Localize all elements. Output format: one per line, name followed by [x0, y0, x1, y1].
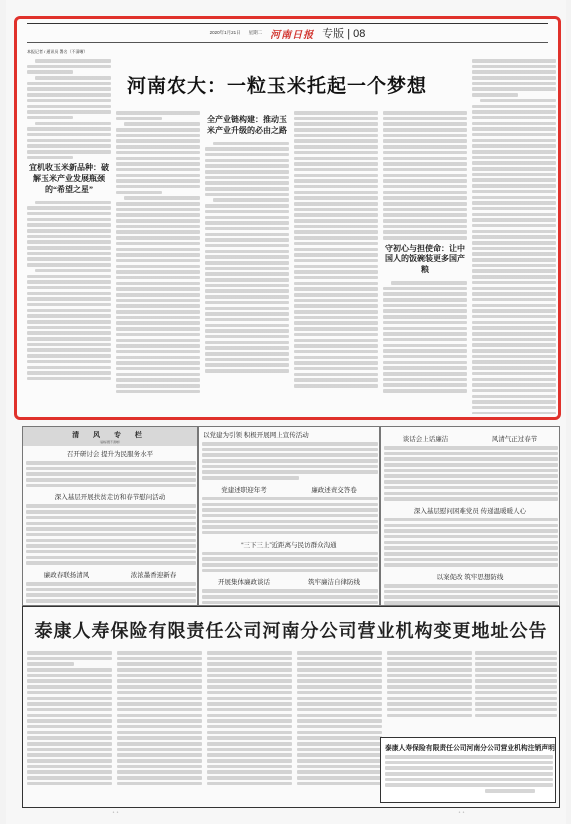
notice-column-4 — [297, 651, 382, 801]
column-panel-left[interactable]: 清 风 专 栏 （副标题不清晰） 召开研讨会 提升为民服务水平 深入基层开展扶贫… — [22, 426, 198, 606]
section-title: 风清气正过春节 — [492, 434, 538, 443]
notice-column-6 — [475, 651, 557, 731]
section-title: 廉政述责交答卷 — [311, 485, 357, 494]
section-body — [384, 518, 558, 569]
section-body — [384, 446, 558, 503]
section-body — [26, 461, 196, 489]
subhead-3: 守初心与担使命：让中国人的饭碗装更多国产粮 — [383, 244, 467, 276]
column-header: 清 风 专 栏 （副标题不清晰） — [23, 427, 197, 446]
byline: 本报记者 / 通讯员 署名（不清晰） — [27, 49, 87, 55]
section-title: 浓浓墨香迎新春 — [131, 570, 177, 579]
section-body — [26, 504, 196, 567]
deregistration-notice-box[interactable]: 泰康人寿保险有限责任公司河南分公司营业机构注销声明 — [380, 737, 556, 803]
section-body — [202, 442, 378, 482]
section-body — [202, 589, 378, 606]
feature-article[interactable]: 2020年1月21日 星期二 河南日报 专版 | 08 本报记者 / 通讯员 署… — [14, 16, 561, 420]
section-title: 廉政春联扬清风 — [44, 570, 90, 579]
subhead-1: 宜机收玉米新品种：破解玉米产业发展瓶颈的“希望之星” — [27, 163, 111, 195]
issue-weekday: 星期二 — [249, 30, 263, 36]
article-headline: 河南农大：一粒玉米托起一个梦想 — [127, 71, 432, 98]
section-title: 党建述职迎年考 — [221, 485, 267, 494]
notice-column-5 — [387, 651, 472, 731]
section-title: 以案促改 筑牢思想防线 — [381, 572, 559, 581]
section-title: 深入基层开展扶贫走访和春节慰问活动 — [23, 492, 197, 501]
notice-box-body — [385, 755, 553, 795]
section-title: 谈话会上话廉洁 — [403, 434, 449, 443]
notice-column-1 — [27, 651, 112, 801]
notice-announcement[interactable]: 泰康人寿保险有限责任公司河南分公司营业机构变更地址公告 泰康人寿保险有限责任公司… — [22, 606, 560, 808]
column-panel-middle[interactable]: 以党建为引领 积极开展网上宣传活动 党建述职迎年考 廉政述责交答卷 “三下三上”… — [198, 426, 380, 606]
column-subtitle: （副标题不清晰） — [23, 440, 197, 444]
article-column-1: 宜机收玉米新品种：破解玉米产业发展瓶颈的“希望之星” — [27, 59, 111, 414]
section-title: 筑牢廉洁自律防线 — [308, 577, 360, 586]
page-indicator-left: •• — [112, 810, 120, 816]
newspaper-logo: 河南日报 — [270, 26, 314, 41]
notice-column-3 — [207, 651, 292, 801]
page-section: 专版 | 08 — [322, 25, 365, 41]
article-column-4 — [294, 111, 378, 414]
section-title: 深入基层慰问困难党员 传递温暖暖人心 — [381, 506, 559, 515]
article-column-2 — [116, 111, 200, 414]
section-title: 以党建为引领 积极开展网上宣传活动 — [199, 430, 379, 439]
section-body — [384, 584, 558, 606]
column-panel-right[interactable]: 谈话会上话廉洁 风清气正过春节 深入基层慰问困难党员 传递温暖暖人心 以案促改 … — [380, 426, 560, 606]
section-body — [202, 552, 378, 575]
notice-box-title: 泰康人寿保险有限责任公司河南分公司营业机构注销声明 — [381, 738, 555, 755]
article-column-6 — [472, 59, 556, 414]
article-column-5: 守初心与担使命：让中国人的饭碗装更多国产粮 — [383, 111, 467, 414]
newspaper-page: 2020年1月21日 星期二 河南日报 专版 | 08 本报记者 / 通讯员 署… — [6, 0, 566, 824]
notice-title: 泰康人寿保险有限责任公司河南分公司营业机构变更地址公告 — [23, 617, 559, 643]
issue-date: 2020年1月21日 — [210, 30, 241, 36]
section-body — [202, 497, 378, 537]
page-indicator-right: •• — [458, 810, 466, 816]
subhead-2: 全产业链构建：推动玉米产业升级的必由之路 — [205, 115, 289, 137]
article-column-3: 全产业链构建：推动玉米产业升级的必由之路 — [205, 111, 289, 414]
section-title: “三下三上”近距离与民访群众沟通 — [199, 540, 379, 549]
masthead: 2020年1月21日 星期二 河南日报 专版 | 08 — [27, 23, 548, 43]
notice-column-2 — [117, 651, 202, 801]
section-title: 召开研讨会 提升为民服务水平 — [23, 449, 197, 458]
column-title: 清 风 专 栏 — [23, 430, 197, 440]
section-body — [26, 582, 196, 606]
section-title: 开展集体廉政谈话 — [218, 577, 270, 586]
